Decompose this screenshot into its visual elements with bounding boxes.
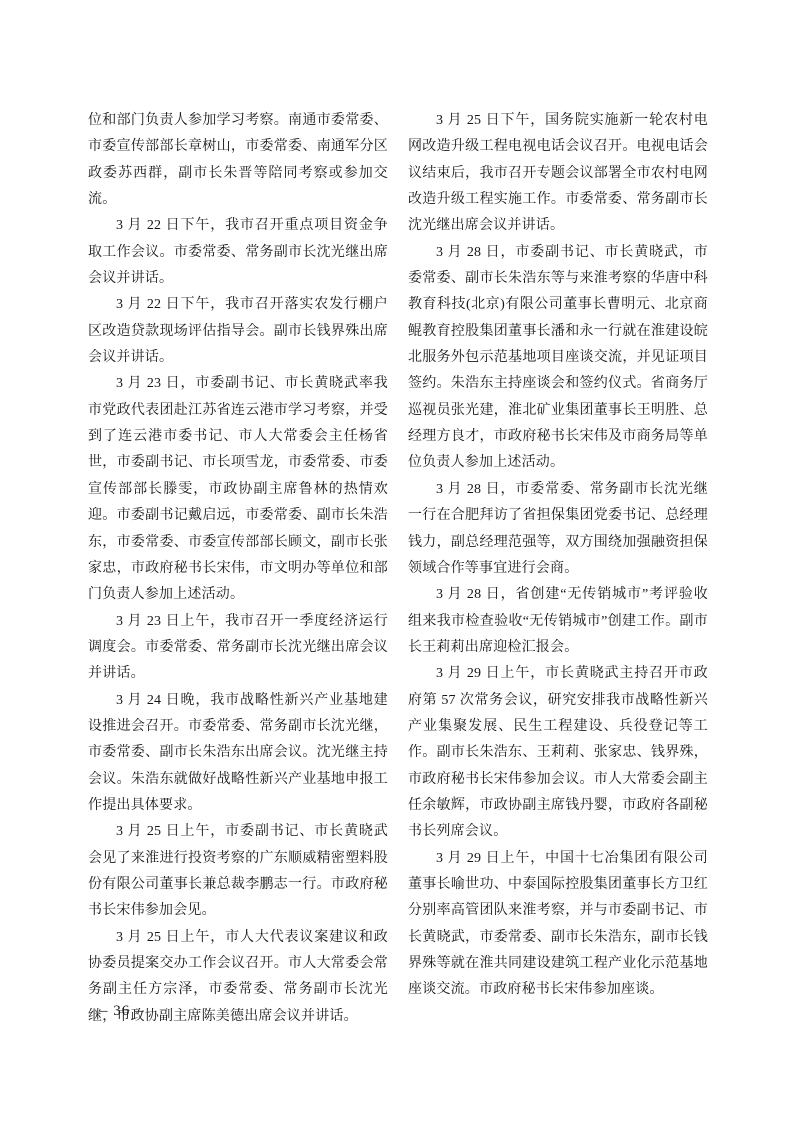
paragraph: 3 月 24 日晚，我市战略性新兴产业基地建设推进会召开。市委常委、常务副市长沈… xyxy=(88,688,388,820)
text-columns: 位和部门负责人参加学习考察。南通市委常委、市委宣传部部长章树山，市委常委、南通军… xyxy=(88,108,708,1030)
paragraph: 3 月 23 日上午，我市召开一季度经济运行调度会。市委常委、常务副市长沈光继出… xyxy=(88,609,388,688)
paragraph: 3 月 28 日，市委常委、常务副市长沈光继一行在合肥拜访了省担保集团党委书记、… xyxy=(408,477,708,582)
right-column: 3 月 25 日下午，国务院实施新一轮农村电网改造升级工程电视电话会议召开。电视… xyxy=(408,108,708,1030)
paragraph: 3 月 25 日下午，国务院实施新一轮农村电网改造升级工程电视电话会议召开。电视… xyxy=(408,108,708,240)
document-page: 位和部门负责人参加学习考察。南通市委常委、市委宣传部部长章树山，市委常委、南通军… xyxy=(0,0,793,1122)
paragraph: 3 月 23 日，市委副书记、市长黄晓武率我市党政代表团赴江苏省连云港市学习考察… xyxy=(88,371,388,608)
paragraph: 位和部门负责人参加学习考察。南通市委常委、市委宣传部部长章树山，市委常委、南通军… xyxy=(88,108,388,213)
left-column: 位和部门负责人参加学习考察。南通市委常委、市委宣传部部长章树山，市委常委、南通军… xyxy=(88,108,388,1030)
paragraph: 3 月 28 日，市委副书记、市长黄晓武，市委常委、副市长朱浩东等与来淮考察的华… xyxy=(408,240,708,477)
paragraph: 3 月 29 日上午，市长黄晓武主持召开市政府第 57 次常务会议，研究安排我市… xyxy=(408,661,708,845)
paragraph: 3 月 22 日下午，我市召开落实农发行棚户区改造贷款现场评估指导会。副市长钱界… xyxy=(88,292,388,371)
paragraph: 3 月 25 日上午，市委副书记、市长黄晓武会见了来淮进行投资考察的广东顺威精密… xyxy=(88,819,388,924)
paragraph: 3 月 22 日下午，我市召开重点项目资金争取工作会议。市委常委、常务副市长沈光… xyxy=(88,213,388,292)
paragraph: 3 月 29 日上午，中国十七冶集团有限公司董事长喻世功、中泰国际控股集团董事长… xyxy=(408,846,708,1004)
paragraph: 3 月 28 日，省创建“无传销城市”考评验收组来我市检查验收“无传销城市”创建… xyxy=(408,582,708,661)
page-number: – 36 – xyxy=(100,1000,144,1022)
